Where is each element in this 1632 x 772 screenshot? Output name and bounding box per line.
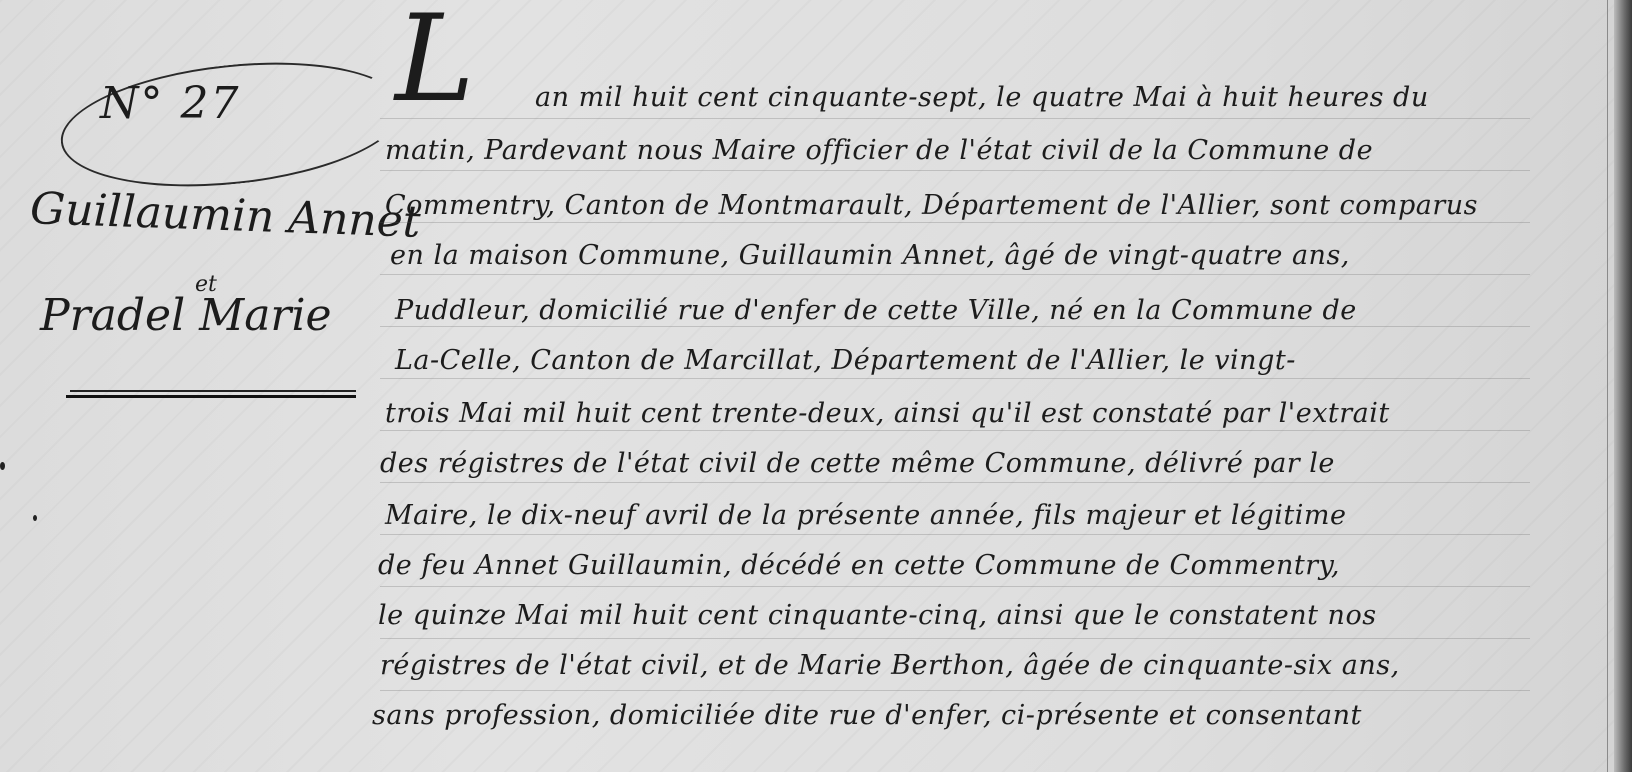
act-number: N° 27 (100, 78, 240, 129)
ruled-guide (380, 378, 1530, 379)
body-line-8: des régistres de l'état civil de cette m… (380, 448, 1335, 479)
book-binding-edge (1614, 0, 1632, 772)
body-line-1: an mil huit cent cinquante-sept, le quat… (535, 82, 1429, 113)
ruled-guide (380, 534, 1530, 535)
body-line-10: de feu Annet Guillaumin, décédé en cette… (378, 550, 1340, 581)
ruled-guide (380, 326, 1530, 327)
body-line-2: matin, Pardevant nous Maire officier de … (385, 135, 1373, 166)
rule-line-thick (66, 395, 356, 398)
body-line-6: La-Celle, Canton de Marcillat, Départeme… (395, 345, 1296, 376)
body-line-12: régistres de l'état civil, et de Marie B… (380, 650, 1400, 681)
body-line-3: Commentry, Canton de Montmarault, Départ… (385, 190, 1478, 221)
ink-blot (0, 462, 5, 470)
ruled-guide (380, 586, 1530, 587)
ruled-guide (380, 118, 1530, 119)
margin-bride-name: Pradel Marie (40, 290, 332, 341)
margin-groom-name: Guillaumin Annet (29, 183, 421, 248)
ruled-guide (380, 430, 1530, 431)
body-line-11: le quinze Mai mil huit cent cinquante-ci… (378, 600, 1377, 631)
body-line-4: en la maison Commune, Guillaumin Annet, … (390, 240, 1350, 271)
ruled-guide (380, 482, 1530, 483)
body-line-13: sans profession, domiciliée dite rue d'e… (372, 700, 1362, 731)
body-line-9: Maire, le dix-neuf avril de la présente … (385, 500, 1346, 531)
drop-cap-letter: L (395, 0, 475, 120)
binding-margin-line (1607, 0, 1608, 772)
ruled-guide (380, 690, 1530, 691)
ink-blot (33, 515, 37, 521)
ruled-guide (380, 222, 1530, 223)
body-line-5: Puddleur, domicilié rue d'enfer de cette… (395, 295, 1357, 326)
ruled-guide (380, 638, 1530, 639)
ruled-guide (380, 274, 1530, 275)
margin-column: N° 27 Guillaumin Annet et Pradel Marie (0, 0, 380, 772)
body-line-7: trois Mai mil huit cent trente-deux, ain… (385, 398, 1390, 429)
margin-double-rule (66, 390, 356, 398)
ruled-guide (380, 170, 1530, 171)
register-page: N° 27 Guillaumin Annet et Pradel Marie L… (0, 0, 1632, 772)
rule-line-thin (70, 390, 356, 392)
